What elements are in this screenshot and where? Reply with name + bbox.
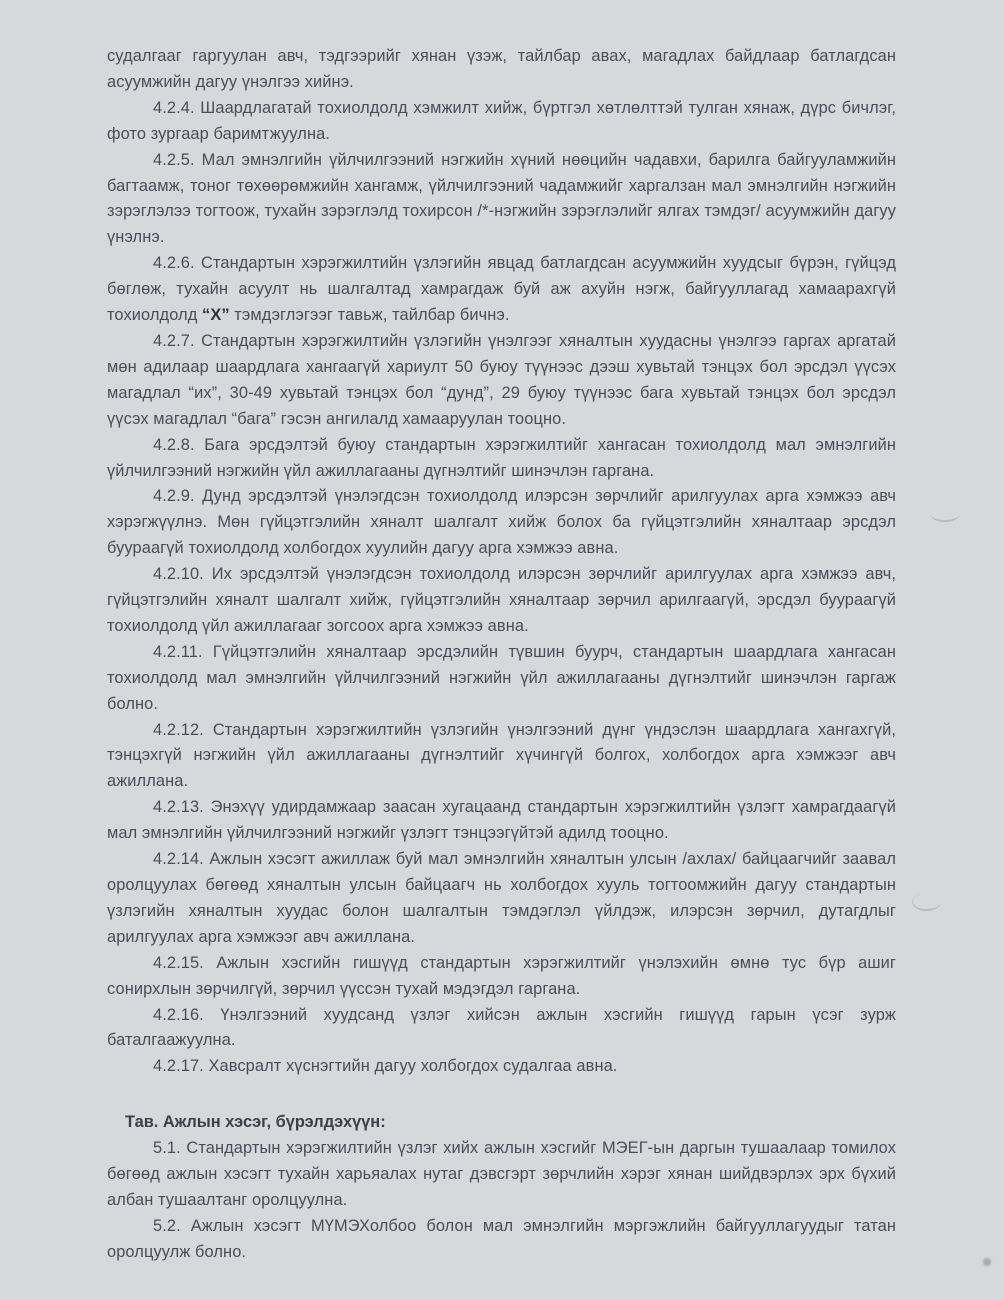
scan-artifact-dot — [983, 1258, 991, 1266]
paragraph-4-2-12: 4.2.12. Стандартын хэрэгжилтийн үзлэгийн… — [107, 718, 896, 796]
paragraph-4-2-6: 4.2.6. Стандартын хэрэгжилтийн үзлэгийн … — [107, 251, 896, 329]
paragraph-4-2-4: 4.2.4. Шаардлагатай тохиолдолд хэмжилт х… — [107, 96, 896, 148]
section-5-heading: Тав. Ажлын хэсэг, бүрэлдэхүүн: — [107, 1110, 896, 1136]
paragraph-4-2-13: 4.2.13. Энэхүү удирдамжаар заасан хугаца… — [107, 795, 896, 847]
scan-artifact-mark — [930, 506, 960, 522]
paragraph-4-2-6-text-after: тэмдэглэгээг тавьж, тайлбар бичнэ. — [230, 306, 510, 324]
paragraph-4-2-5: 4.2.5. Мал эмнэлгийн үйлчилгээний нэгжий… — [107, 148, 896, 252]
paragraph-4-2-16: 4.2.16. Үнэлгээний хуудсанд үзлэг хийсэн… — [107, 1003, 896, 1055]
paragraph-5-1: 5.1. Стандартын хэрэгжилтийн үзлэг хийх … — [107, 1136, 896, 1214]
paragraph-4-2-14: 4.2.14. Ажлын хэсэгт ажиллаж буй мал эмн… — [107, 847, 896, 951]
paragraph-4-2-9: 4.2.9. Дунд эрсдэлтэй үнэлэгдсэн тохиолд… — [107, 484, 896, 562]
paragraph-4-2-10: 4.2.10. Их эрсдэлтэй үнэлэгдсэн тохиолдо… — [107, 562, 896, 640]
paragraph-4-2-15: 4.2.15. Ажлын хэсгийн гишүүд стандартын … — [107, 951, 896, 1003]
paragraph-continuation: судалгааг гаргуулан авч, тэдгээрийг хяна… — [107, 44, 896, 96]
paragraph-4-2-8: 4.2.8. Бага эрсдэлтэй буюу стандартын хэ… — [107, 433, 896, 485]
x-mark-symbol: “X” — [202, 306, 230, 324]
document-page: судалгааг гаргуулан авч, тэдгээрийг хяна… — [107, 44, 896, 1266]
paragraph-4-2-11: 4.2.11. Гүйцэтгэлийн хяналтаар эрсдэлийн… — [107, 640, 896, 718]
paragraph-5-2: 5.2. Ажлын хэсэгт МҮМЭХолбоо болон мал э… — [107, 1214, 896, 1266]
paragraph-4-2-7: 4.2.7. Стандартын хэрэгжилтийн үзлэгийн … — [107, 329, 896, 433]
paragraph-4-2-17: 4.2.17. Хавсралт хүснэгтийн дагуу холбог… — [107, 1054, 896, 1080]
scan-artifact-mark — [912, 893, 941, 911]
